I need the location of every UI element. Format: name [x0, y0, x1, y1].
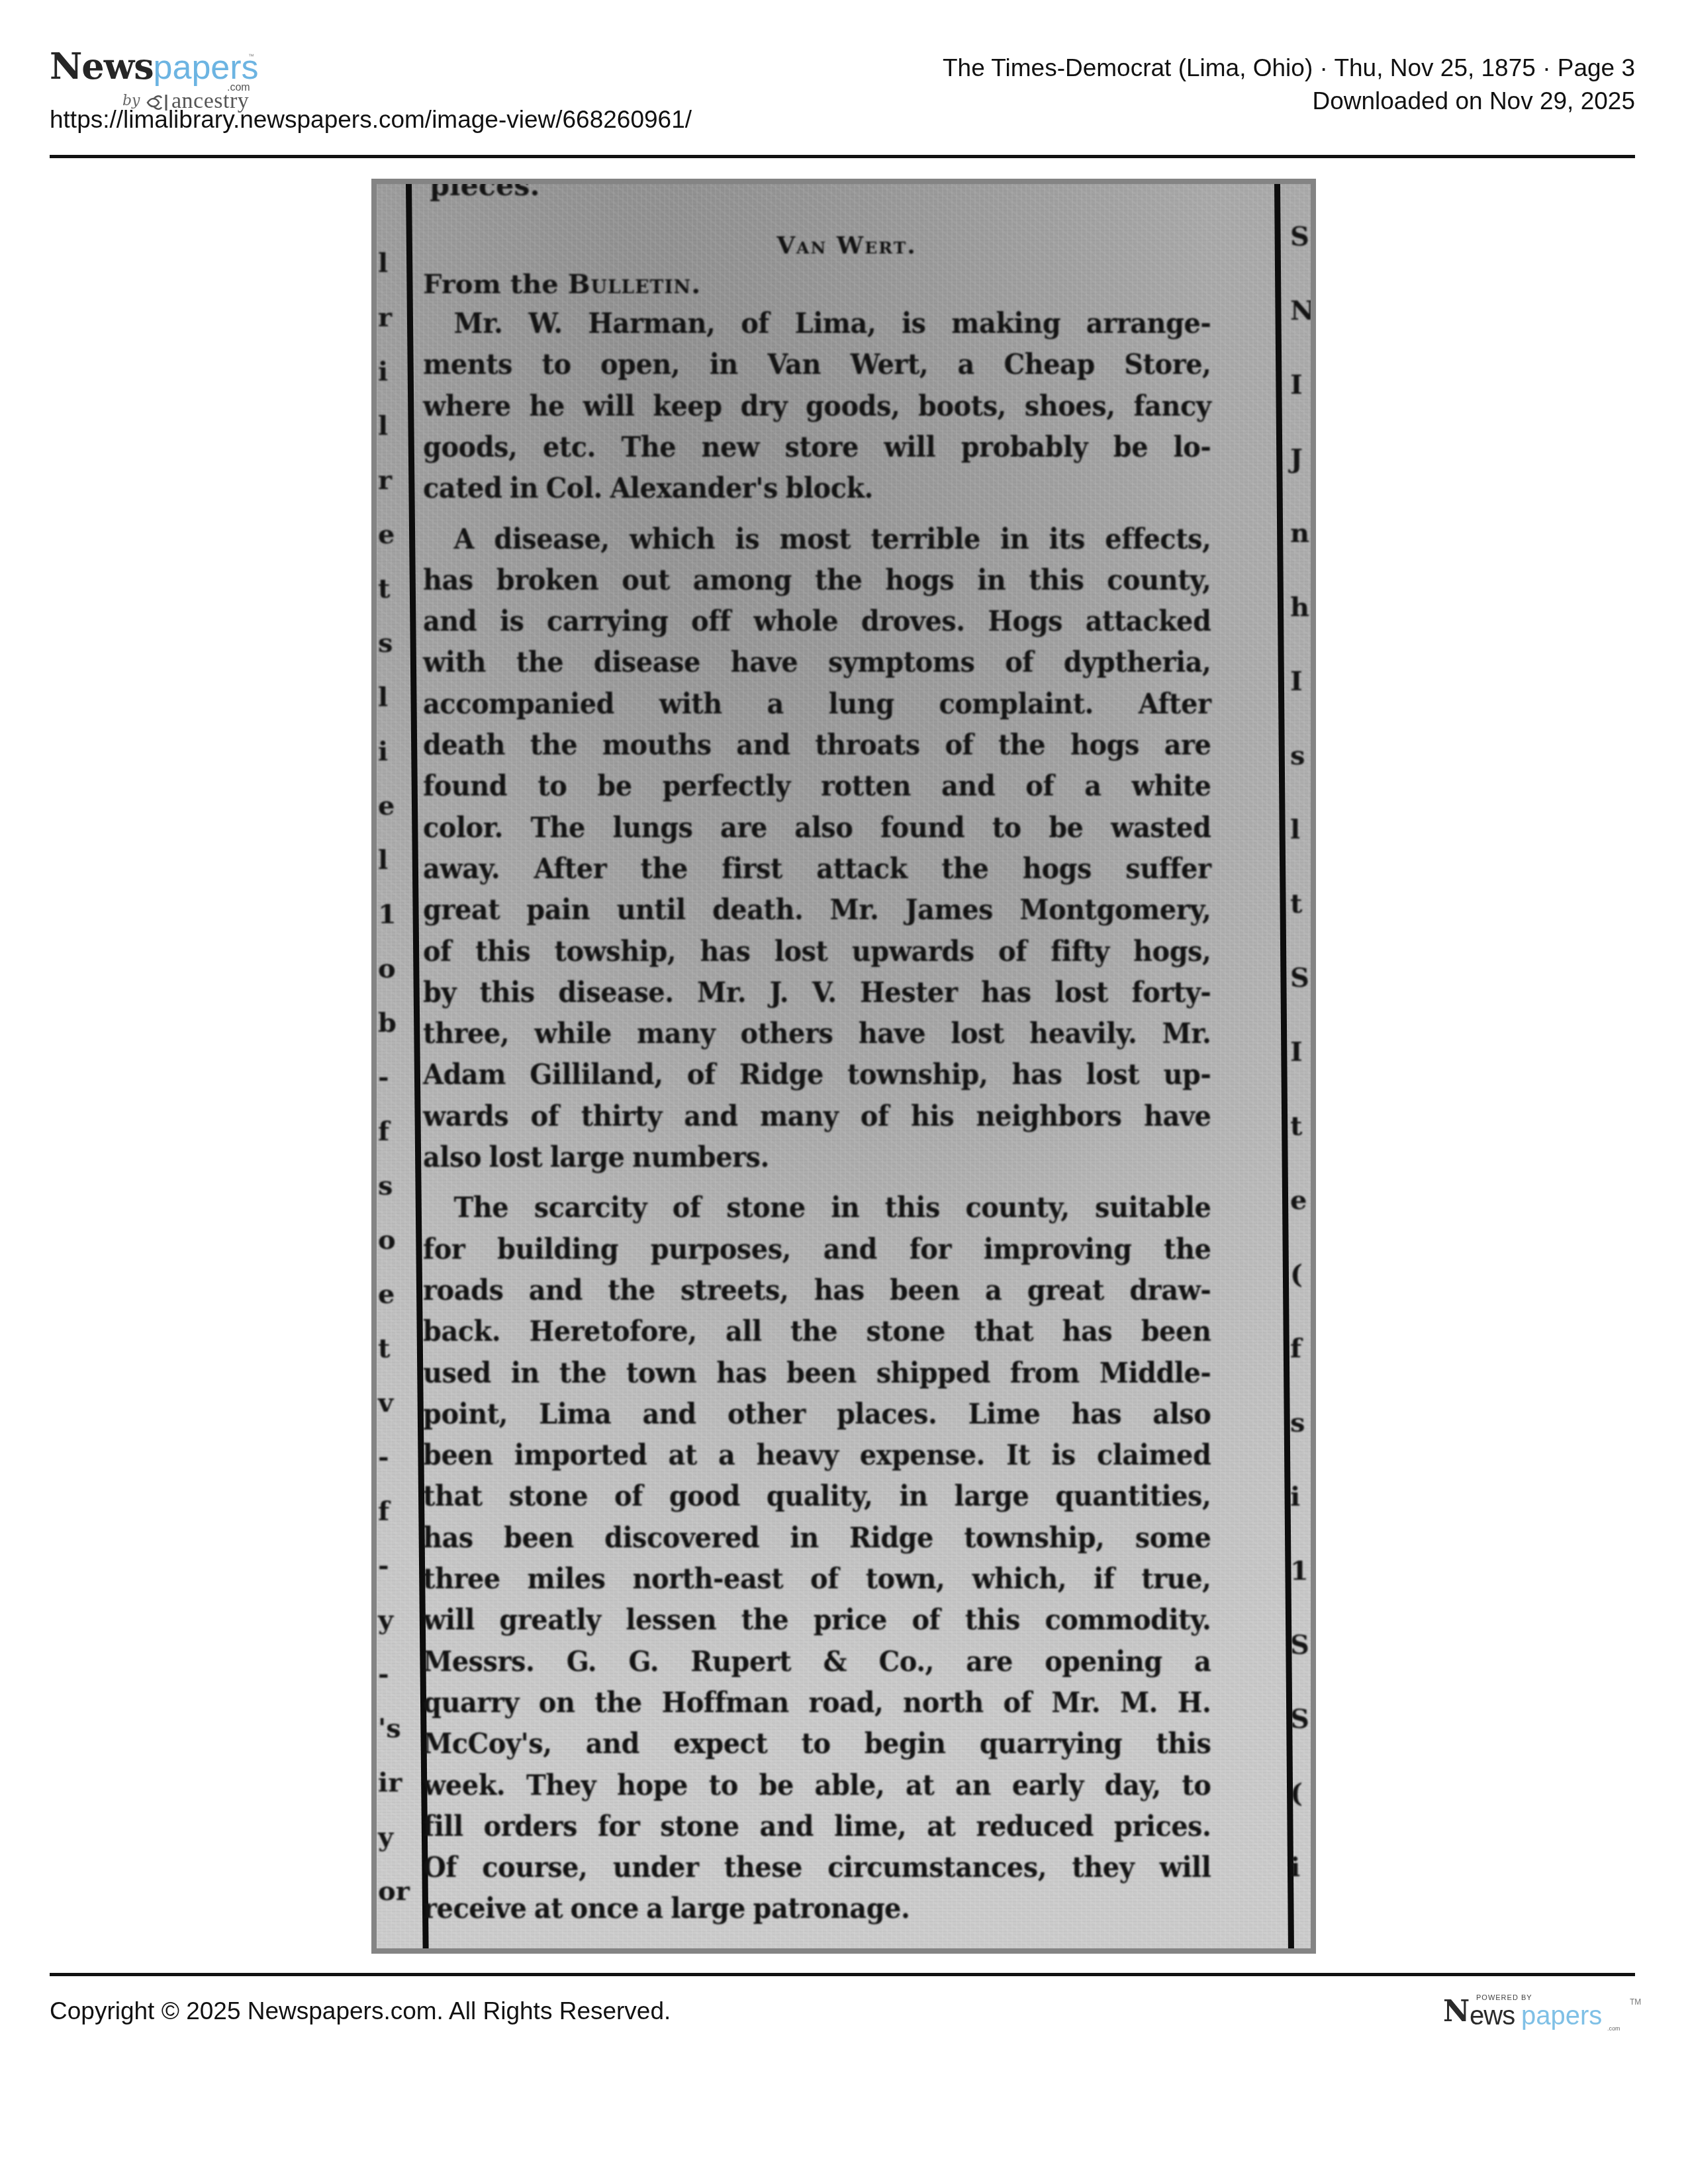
- column-fragment: n: [1290, 520, 1309, 547]
- header-divider: [50, 155, 1635, 158]
- article-line: color. The lungs are also found to be wa…: [423, 814, 1211, 842]
- article-line: by this disease. Mr. J. V. Hester has lo…: [423, 979, 1211, 1007]
- article-line: A disease, which is most terrible in its…: [423, 525, 1211, 554]
- article-source: From the Bulletin.: [423, 269, 701, 300]
- column-fragment: l: [1290, 817, 1300, 843]
- logo-papers-text: papers: [154, 48, 259, 87]
- column-fragment: I: [1290, 1039, 1303, 1066]
- column-fragment: t: [378, 1336, 390, 1362]
- column-fragment: t: [1290, 1113, 1302, 1140]
- publication-meta: The Times-Democrat (Lima, Ohio) · Thu, N…: [943, 52, 1635, 118]
- previous-article-tail: pieces.: [430, 179, 539, 203]
- article-line: ments to open, in Van Wert, a Cheap Stor…: [423, 351, 1211, 379]
- article-heading: Van Wert.: [423, 232, 1270, 259]
- column-fragment: t: [1290, 891, 1302, 917]
- column-fragment: e: [378, 793, 395, 819]
- column-fragment: i: [1290, 1484, 1300, 1510]
- column-fragment: b: [378, 1010, 397, 1036]
- column-fragment: r: [378, 467, 392, 494]
- column-fragment: v: [378, 1390, 393, 1416]
- column-fragment: e: [1290, 1187, 1307, 1214]
- article-line: fill orders for stone and lime, at reduc…: [423, 1813, 1211, 1841]
- column-fragment: -: [378, 1553, 389, 1579]
- column-fragment: e: [378, 1281, 395, 1308]
- column-fragment: l: [378, 250, 388, 277]
- column-fragment: S: [1290, 224, 1309, 250]
- source-name: Bulletin.: [568, 269, 701, 300]
- footer-logo-initial: N: [1443, 1995, 1470, 2028]
- column-fragment: -: [378, 1064, 389, 1091]
- column-fragment: J: [1290, 446, 1303, 473]
- newspapers-logo[interactable]: Newspapers ™ .com by ancestry: [50, 45, 261, 111]
- column-fragment: 1: [1290, 1558, 1309, 1584]
- logo-news-text: News: [50, 45, 154, 87]
- article-line: away. After the first attack the hogs su…: [423, 855, 1211, 884]
- powered-by-newspapers-logo[interactable]: N POWERED BY ews papers TM .com: [1443, 1992, 1642, 2038]
- column-fragment: 1: [378, 901, 397, 928]
- article-line: for building purposes, and for improving…: [423, 1236, 1211, 1264]
- column-fragment: -: [378, 1444, 389, 1471]
- article-line: where he will keep dry goods, boots, sho…: [423, 392, 1211, 421]
- column-fragment: f: [378, 1118, 389, 1145]
- publication-line: The Times-Democrat (Lima, Ohio) · Thu, N…: [943, 52, 1635, 85]
- column-fragment: r: [378, 304, 392, 331]
- article-line: wards of thirty and many of his neighbor…: [423, 1103, 1211, 1131]
- column-fragment: S: [1290, 1706, 1309, 1733]
- column-fragment: (: [1290, 1261, 1303, 1288]
- column-fragment: I: [1290, 372, 1303, 398]
- column-fragment: I: [1290, 668, 1303, 695]
- article-line: found to be perfectly rotten and of a wh…: [423, 772, 1211, 801]
- image-url[interactable]: https://limalibrary.newspapers.com/image…: [50, 106, 692, 134]
- article-line: week. They hope to be able, at an early …: [423, 1772, 1211, 1800]
- footer-divider: [50, 1973, 1635, 1976]
- column-fragment: f: [378, 1498, 389, 1525]
- column-fragment: e: [378, 522, 395, 548]
- column-fragment: i: [378, 739, 388, 765]
- column-fragment: s: [1290, 743, 1305, 769]
- column-fragment: l: [378, 413, 388, 439]
- article-line: also lost large numbers.: [423, 1144, 1211, 1172]
- footer-logo-ews: ews: [1470, 2001, 1515, 2031]
- copyright-notice: Copyright © 2025 Newspapers.com. All Rig…: [50, 1997, 671, 2025]
- column-fragment: 's: [378, 1715, 401, 1742]
- column-fragment: t: [378, 576, 390, 602]
- article-line: been imported at a heavy expense. It is …: [423, 1441, 1211, 1470]
- footer-logo-papers: papers: [1521, 2001, 1602, 2031]
- column-fragment: i: [378, 359, 388, 385]
- article-line: point, Lima and other places. Lime has a…: [423, 1400, 1211, 1429]
- column-fragment: S: [1290, 1632, 1309, 1659]
- article-line: accompanied with a lung complaint. After: [423, 690, 1211, 719]
- column-fragment: y: [378, 1824, 393, 1850]
- article-line: roads and the streets, has been a great …: [423, 1277, 1211, 1305]
- column-fragment: s: [1290, 1410, 1305, 1436]
- column-fragment: S: [1290, 965, 1309, 991]
- article-line: has been discovered in Ridge township, s…: [423, 1524, 1211, 1553]
- column-fragment: o: [378, 956, 396, 982]
- column-fragment: ir: [378, 1770, 402, 1796]
- column-fragment: y: [378, 1607, 393, 1633]
- column-fragment: s: [378, 630, 393, 657]
- column-fragment: N: [1290, 298, 1315, 324]
- footer-logo-dotcom: .com: [1607, 2025, 1620, 2032]
- article-line: with the disease have symptoms of dypthe…: [423, 649, 1211, 677]
- logo-trademark: ™: [248, 53, 254, 60]
- download-date: Downloaded on Nov 29, 2025: [943, 85, 1635, 118]
- article-line: has broken out among the hogs in this co…: [423, 567, 1211, 595]
- article-line: quarry on the Hoffman road, north of Mr.…: [423, 1689, 1211, 1717]
- article-line: cated in Col. Alexander's block.: [423, 475, 1211, 503]
- column-fragment: o: [378, 1227, 396, 1253]
- column-fragment: i: [1290, 1854, 1300, 1881]
- column-fragment: or: [378, 1878, 410, 1905]
- footer-logo-tm: TM: [1630, 1997, 1641, 2007]
- column-fragment: h: [1290, 594, 1309, 621]
- article-line: goods, etc. The new store will probably …: [423, 433, 1211, 462]
- article-line: back. Heretofore, all the stone that has…: [423, 1318, 1211, 1346]
- column-fragment: s: [378, 1173, 393, 1199]
- article-line: Adam Gilliland, of Ridge township, has l…: [423, 1061, 1211, 1089]
- article-line: McCoy's, and expect to begin quarrying t…: [423, 1730, 1211, 1758]
- column-fragment: l: [378, 847, 388, 874]
- article-line: will greatly lessen the price of this co…: [423, 1606, 1211, 1635]
- article-line: three miles north-east of town, which, i…: [423, 1565, 1211, 1594]
- article-line: death the mouths and throats of the hogs…: [423, 731, 1211, 760]
- article-line: of this towship, has lost upwards of fif…: [423, 938, 1211, 966]
- logo-wordmark: Newspapers: [50, 45, 259, 87]
- column-fragment: -: [378, 1661, 389, 1688]
- column-fragment: (: [1290, 1780, 1303, 1807]
- source-prefix: From the: [423, 269, 559, 300]
- article-line: Messrs. G. G. Rupert & Co., are opening …: [423, 1648, 1211, 1676]
- column-fragment: l: [378, 684, 388, 711]
- article-line: Of course, under these circumstances, th…: [423, 1854, 1211, 1882]
- article-line: that stone of good quality, in large qua…: [423, 1482, 1211, 1511]
- article-line: The scarcity of stone in this county, su…: [423, 1194, 1211, 1222]
- article-line: Mr. W. Harman, of Lima, is making arrang…: [423, 310, 1211, 338]
- article-line: great pain until death. Mr. James Montgo…: [423, 896, 1211, 925]
- newspaper-clipping-image: lrilretsliel1ob-fsoetv-f-y-'siryor SNIJn…: [371, 179, 1316, 1954]
- article-line: receive at once a large patronage.: [423, 1895, 1211, 1923]
- article-line: and is carrying off whole droves. Hogs a…: [423, 608, 1211, 636]
- article-line: used in the town has been shipped from M…: [423, 1359, 1211, 1388]
- column-fragment: f: [1290, 1336, 1301, 1362]
- article-line: three, while many others have lost heavi…: [423, 1020, 1211, 1048]
